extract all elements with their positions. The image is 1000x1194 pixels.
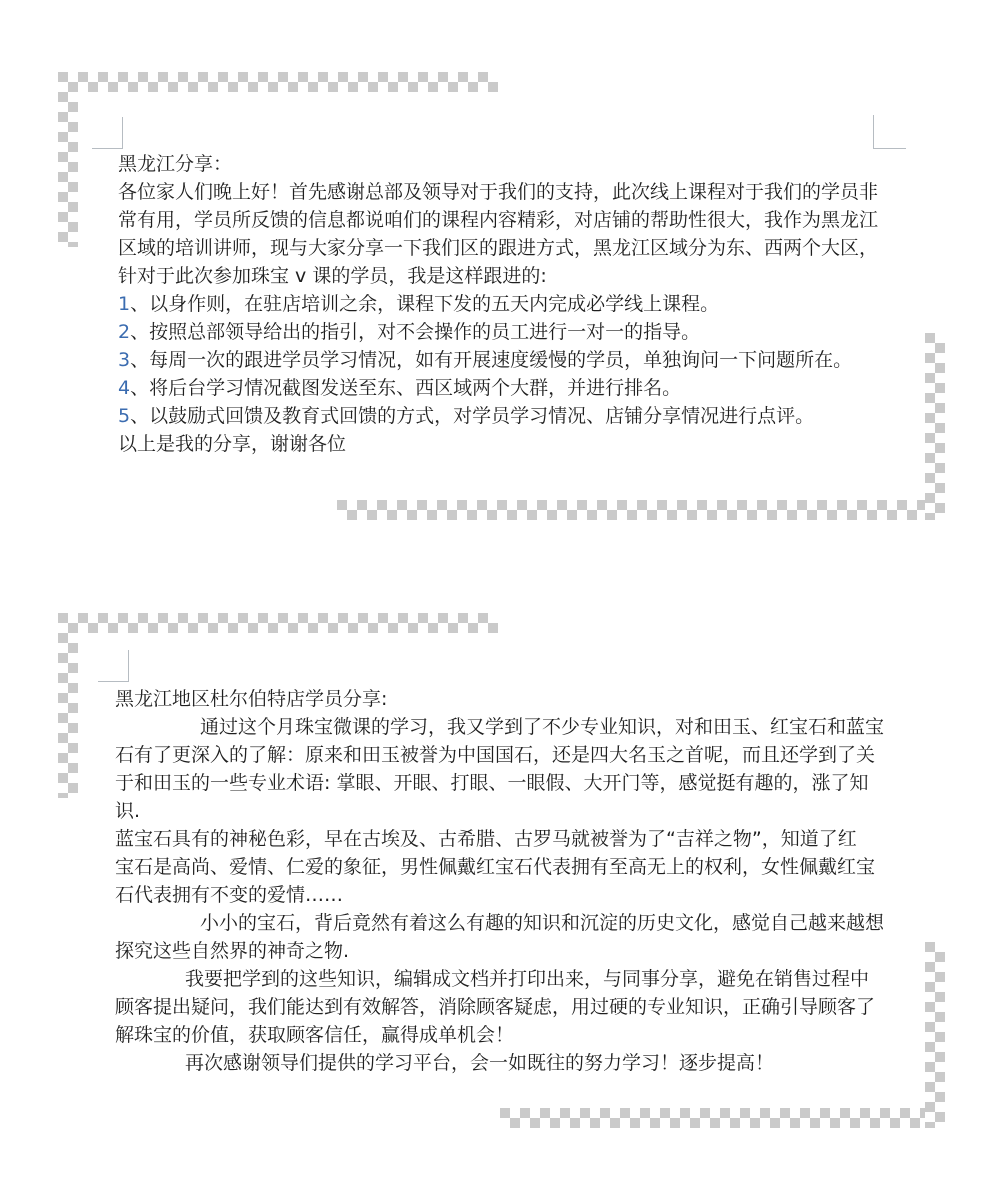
transparency-checkerboard-bottom bbox=[337, 500, 925, 520]
transparency-checkerboard-left bbox=[58, 72, 78, 247]
page-margin-mark-top-right bbox=[873, 115, 906, 149]
text-line: 解珠宝的价值，获取顾客信任，赢得成单机会！ bbox=[115, 1021, 925, 1049]
doc1-title: 黑龙江分享： bbox=[118, 150, 918, 178]
transparency-checkerboard-bottom bbox=[500, 1108, 925, 1128]
text-line: 再次感谢领导们提供的学习平台，会一如既往的努力学习！逐步提高！ bbox=[115, 1049, 925, 1077]
list-number: 4 bbox=[118, 377, 130, 399]
text-line: 宝石是高尚、爱情、仁爱的象征，男性佩戴红宝石代表拥有至高无上的权利，女性佩戴红宝 bbox=[115, 853, 925, 881]
text-line: 小小的宝石，背后竟然有着这么有趣的知识和沉淀的历史文化，感觉自己越来越想 bbox=[115, 909, 925, 937]
list-item: 1、以身作则，在驻店培训之余，课程下发的五天内完成必学线上课程。 bbox=[118, 290, 918, 318]
list-item: 4、将后台学习情况截图发送至东、西区域两个大群，并进行排名。 bbox=[118, 374, 918, 402]
transparency-checkerboard-left bbox=[58, 613, 78, 798]
text-line: 各位家人们晚上好！首先感谢总部及领导对于我们的支持，此次线上课程对于我们的学员非 bbox=[118, 178, 918, 206]
transparency-checkerboard-top bbox=[58, 613, 498, 633]
list-item: 2、按照总部领导给出的指引，对不会操作的员工进行一对一的指导。 bbox=[118, 318, 918, 346]
document-text-block-1: 黑龙江分享： 各位家人们晚上好！首先感谢总部及领导对于我们的支持，此次线上课程对… bbox=[118, 150, 918, 458]
list-item-text: 、以身作则，在驻店培训之余，课程下发的五天内完成必学线上课程。 bbox=[130, 293, 719, 315]
text-line: 区域的培训讲师，现与大家分享一下我们区的跟进方式，黑龙江区域分为东、西两个大区， bbox=[118, 234, 918, 262]
list-item-text: 、按照总部领导给出的指引，对不会操作的员工进行一对一的指导。 bbox=[130, 321, 700, 343]
doc2-title: 黑龙江地区杜尔伯特店学员分享: bbox=[115, 685, 925, 713]
text-line: 顾客提出疑问，我们能达到有效解答，消除顾客疑虑，用过硬的专业知识，正确引导顾客了 bbox=[115, 993, 925, 1021]
page-margin-mark-top-left bbox=[98, 650, 129, 682]
transparency-checkerboard-right bbox=[925, 942, 945, 1128]
text-line: 探究这些自然界的神奇之物. bbox=[115, 937, 925, 965]
document-text-block-2: 黑龙江地区杜尔伯特店学员分享: 通过这个月珠宝微课的学习，我又学到了不少专业知识… bbox=[115, 685, 925, 1077]
text-line: 于和田玉的一些专业术语: 掌眼、开眼、打眼、一眼假、大开门等，感觉挺有趣的，涨了… bbox=[115, 769, 925, 797]
text-line: 通过这个月珠宝微课的学习，我又学到了不少专业知识，对和田玉、红宝石和蓝宝 bbox=[115, 713, 925, 741]
text-line: 识. bbox=[115, 797, 925, 825]
list-item: 3、每周一次的跟进学员学习情况，如有开展速度缓慢的学员，单独询问一下问题所在。 bbox=[118, 346, 918, 374]
text-line: 我要把学到的这些知识，编辑成文档并打印出来，与同事分享，避免在销售过程中 bbox=[115, 965, 925, 993]
transparency-checkerboard-top bbox=[58, 72, 498, 92]
text-line: 蓝宝石具有的神秘色彩，早在古埃及、古希腊、古罗马就被誉为了“吉祥之物”，知道了红 bbox=[115, 825, 925, 853]
text-line: 石代表拥有不变的爱情…… bbox=[115, 881, 925, 909]
list-number: 2 bbox=[118, 321, 130, 343]
list-number: 1 bbox=[118, 293, 130, 315]
list-number: 3 bbox=[118, 349, 130, 371]
text-line: 石有了更深入的了解：原来和田玉被誉为中国国石，还是四大名玉之首呢，而且还学到了关 bbox=[115, 741, 925, 769]
list-item-text: 、将后台学习情况截图发送至东、西区域两个大群，并进行排名。 bbox=[130, 377, 681, 399]
text-line: 常有用，学员所反馈的信息都说咱们的课程内容精彩，对店铺的帮助性很大，我作为黑龙江 bbox=[118, 206, 918, 234]
text-line: 针对于此次参加珠宝 v 课的学员，我是这样跟进的: bbox=[118, 262, 918, 290]
transparency-checkerboard-right bbox=[925, 333, 945, 520]
list-item-text: 、以鼓励式回馈及教育式回馈的方式，对学员学习情况、店铺分享情况进行点评。 bbox=[130, 405, 814, 427]
list-item-text: 、每周一次的跟进学员学习情况，如有开展速度缓慢的学员，单独询问一下问题所在。 bbox=[130, 349, 852, 371]
list-item: 5、以鼓励式回馈及教育式回馈的方式，对学员学习情况、店铺分享情况进行点评。 bbox=[118, 402, 918, 430]
list-number: 5 bbox=[118, 405, 130, 427]
doc1-closing: 以上是我的分享，谢谢各位 bbox=[118, 430, 918, 458]
page-margin-mark-top-left bbox=[92, 117, 123, 149]
